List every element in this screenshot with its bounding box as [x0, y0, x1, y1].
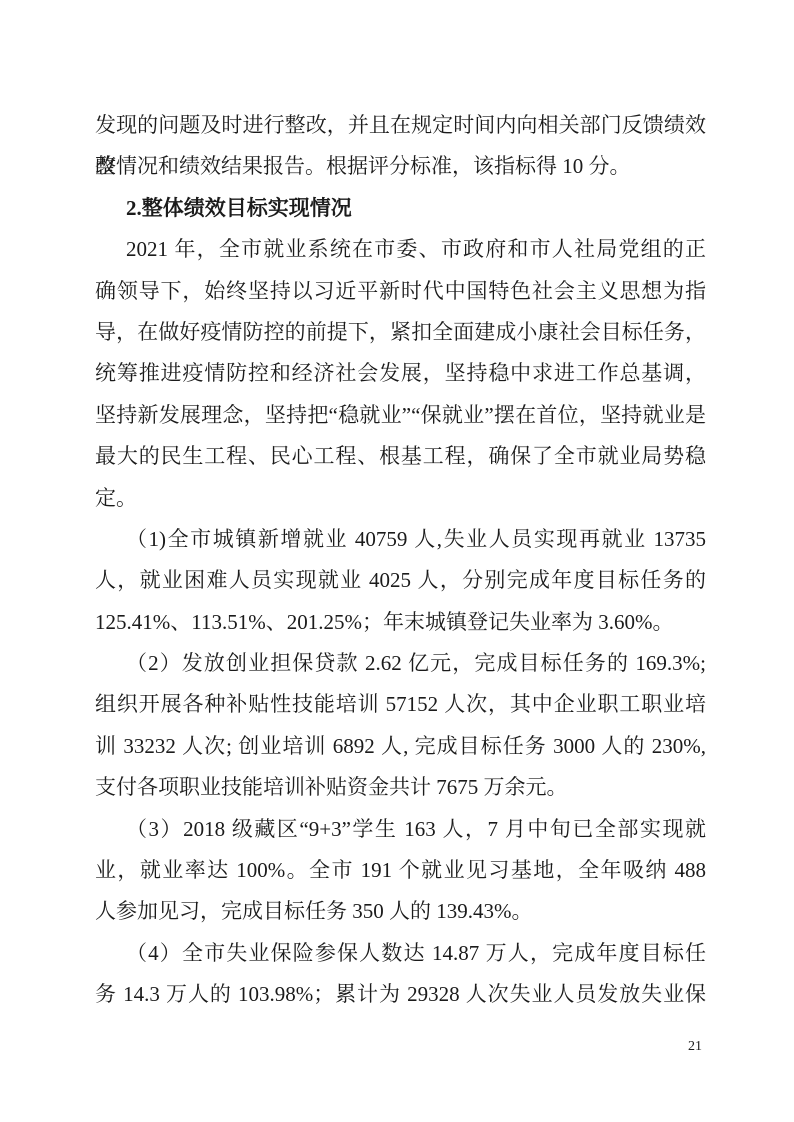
text-line: 确领导下，始终坚持以习近平新时代中国特色社会主义思想为指 [95, 271, 706, 312]
text-line: 组织开展各种补贴性技能培训 57152 人次，其中企业职工职业培 [95, 684, 706, 725]
text-line: 导，在做好疫情防控的前提下，紧扣全面建成小康社会目标任务， [95, 312, 706, 353]
text-line: 改情况和绩效结果报告。根据评分标准，该指标得 10 分。 [95, 146, 706, 187]
section-heading: 2.整体绩效目标实现情况 [95, 188, 706, 229]
text-line: 训 33232 人次; 创业培训 6892 人, 完成目标任务 3000 人的 … [95, 726, 706, 767]
text-line: （3）2018 级藏区“9+3”学生 163 人，7 月中旬已全部实现就 [95, 809, 706, 850]
text-line: 2021 年，全市就业系统在市委、市政府和市人社局党组的正 [95, 229, 706, 270]
text-line: 125.41%、113.51%、201.25%；年末城镇登记失业率为 3.60%… [95, 602, 706, 643]
text-line: 统筹推进疫情防控和经济社会发展，坚持稳中求进工作总基调， [95, 353, 706, 394]
text-line: 最大的民生工程、民心工程、根基工程，确保了全市就业局势稳 [95, 436, 706, 477]
document-page: 发现的问题及时进行整改，并且在规定时间内向相关部门反馈绩效整改情况和绩效结果报告… [0, 0, 794, 1122]
text-block: 发现的问题及时进行整改，并且在规定时间内向相关部门反馈绩效整改情况和绩效结果报告… [95, 105, 706, 1016]
text-line: （1)全市城镇新增就业 40759 人,失业人员实现再就业 13735 [95, 519, 706, 560]
text-line: 人参加见习，完成目标任务 350 人的 139.43%。 [95, 891, 706, 932]
page-number: 21 [680, 1038, 710, 1056]
text-line: 人，就业困难人员实现就业 4025 人，分别完成年度目标任务的 [95, 560, 706, 601]
text-line: 业，就业率达 100%。全市 191 个就业见习基地，全年吸纳 488 [95, 850, 706, 891]
text-line: 支付各项职业技能培训补贴资金共计 7675 万余元。 [95, 767, 706, 808]
text-line: （2）发放创业担保贷款 2.62 亿元，完成目标任务的 169.3%; [95, 643, 706, 684]
text-line: 发现的问题及时进行整改，并且在规定时间内向相关部门反馈绩效整 [95, 105, 706, 146]
text-line: （4）全市失业保险参保人数达 14.87 万人，完成年度目标任 [95, 933, 706, 974]
text-line: 坚持新发展理念，坚持把“稳就业”“保就业”摆在首位，坚持就业是 [95, 395, 706, 436]
text-line: 定。 [95, 478, 706, 519]
text-line: 务 14.3 万人的 103.98%；累计为 29328 人次失业人员发放失业保 [95, 974, 706, 1015]
